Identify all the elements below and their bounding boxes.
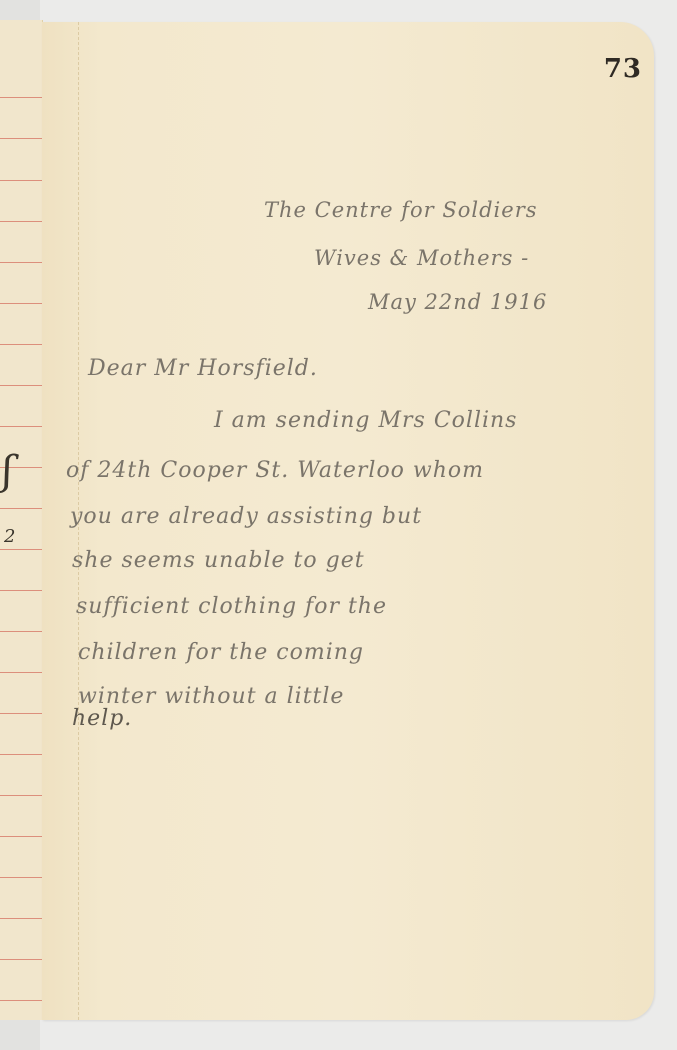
ruled-line: [0, 877, 42, 878]
previous-page-edge: ʃ 2: [0, 20, 43, 1020]
ruled-line: [0, 754, 42, 755]
ruled-line: [0, 959, 42, 960]
ruled-line: [0, 262, 42, 263]
body-line: sufficient clothing for the: [76, 594, 387, 619]
body-line: children for the coming: [78, 640, 364, 665]
ruled-line: [0, 672, 42, 673]
ruled-line: [0, 97, 42, 98]
margin-number: 2: [4, 526, 15, 547]
margin-flourish-mark: ʃ: [2, 448, 13, 494]
notebook-page: 73 The Centre for Soldiers Wives & Mothe…: [42, 22, 654, 1020]
ruled-line: [0, 918, 42, 919]
ruled-line: [0, 590, 42, 591]
ruled-line: [0, 221, 42, 222]
ruled-line: [0, 344, 42, 345]
ruled-line: [0, 385, 42, 386]
ruled-line: [0, 138, 42, 139]
ruled-line: [0, 508, 42, 509]
ruled-line: [0, 180, 42, 181]
body-line: she seems unable to get: [72, 548, 365, 573]
heading-organization-line1: The Centre for Soldiers: [264, 198, 538, 222]
page-number: 73: [604, 54, 642, 84]
ruled-line: [0, 713, 42, 714]
ruled-line: [0, 426, 42, 427]
ruled-line: [0, 1000, 42, 1001]
body-line: help.: [72, 706, 132, 731]
ruled-line: [0, 549, 42, 550]
ruled-line: [0, 795, 42, 796]
ruled-line: [0, 631, 42, 632]
ruled-line: [0, 303, 42, 304]
heading-date: May 22nd 1916: [368, 290, 547, 314]
ruled-line: [0, 836, 42, 837]
body-line: I am sending Mrs Collins: [214, 408, 517, 433]
salutation: Dear Mr Horsfield.: [88, 356, 318, 381]
body-line: of 24th Cooper St. Waterloo whom: [66, 458, 484, 483]
heading-organization-line2: Wives & Mothers -: [314, 246, 529, 270]
body-line: you are already assisting but: [70, 504, 422, 529]
